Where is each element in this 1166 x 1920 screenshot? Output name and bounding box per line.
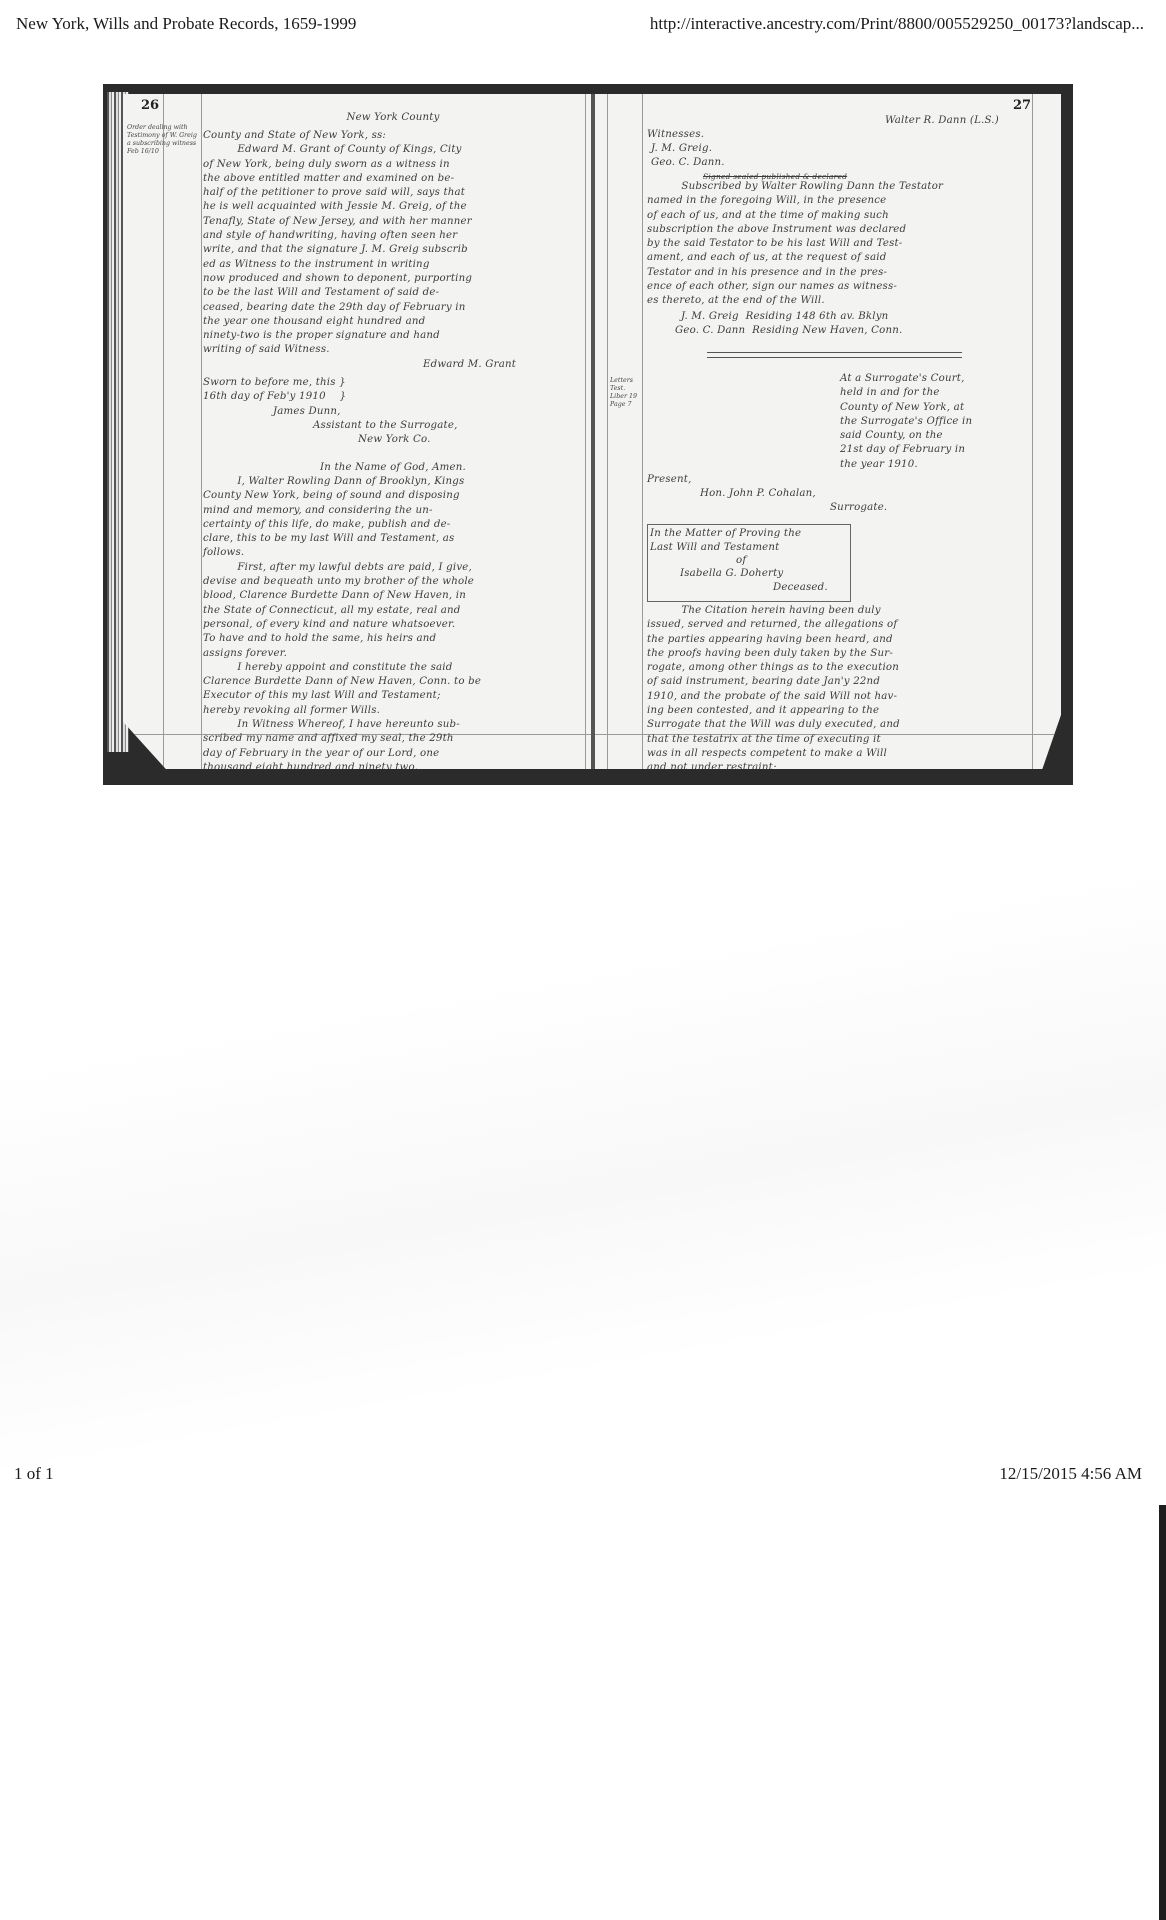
affidavit-text: County and State of New York, ss: Edward… bbox=[203, 129, 588, 358]
present-label: Present, bbox=[647, 473, 692, 487]
court-caption: At a Surrogate's Court, held in and for … bbox=[840, 372, 1030, 472]
page-indicator: 1 of 1 bbox=[14, 1464, 54, 1484]
margin-rule bbox=[201, 94, 202, 769]
official-title: Assistant to the Surrogate, bbox=[313, 419, 458, 433]
print-footer: 1 of 1 12/15/2015 4:56 AM bbox=[0, 1464, 1166, 1488]
official-name: James Dunn, bbox=[273, 405, 341, 419]
witnesses-label: Witnesses. bbox=[647, 128, 704, 142]
witness-1: J. M. Greig. bbox=[651, 142, 712, 156]
margin-rule bbox=[1032, 94, 1033, 769]
page-number: 26 bbox=[141, 98, 159, 113]
matter-line-2: Last Will and Testament bbox=[650, 541, 779, 555]
print-header: New York, Wills and Probate Records, 165… bbox=[0, 14, 1166, 38]
decedent-status: Deceased. bbox=[773, 581, 828, 595]
margin-rule bbox=[642, 94, 643, 769]
jurat: Sworn to before me, this } 16th day of F… bbox=[203, 376, 346, 405]
attestation-clause: Subscribed by Walter Rowling Dann the Te… bbox=[647, 180, 1032, 309]
page-number: 27 bbox=[1013, 98, 1031, 113]
ledger-page-right: 27 Walter R. Dann (L.S.) Witnesses. J. M… bbox=[595, 94, 1061, 769]
will-text: I, Walter Rowling Dann of Brooklyn, King… bbox=[203, 475, 588, 769]
scan-background-texture bbox=[0, 800, 1166, 1500]
witness-residence-1: J. M. Greig Residing 148 6th av. Bklyn bbox=[681, 310, 888, 324]
section-divider bbox=[707, 352, 962, 358]
scanner-edge-shadow bbox=[1159, 1505, 1166, 1920]
margin-note: Letters Test. Liber 19 Page 7 bbox=[610, 377, 642, 409]
matter-line-1: In the Matter of Proving the bbox=[650, 527, 801, 541]
witness-2: Geo. C. Dann. bbox=[651, 156, 725, 170]
ledger-scan-image: 26 Order dealing with Testimony of W. Gr… bbox=[103, 84, 1073, 785]
judge-name: Hon. John P. Cohalan, bbox=[700, 487, 816, 501]
margin-note: Order dealing with Testimony of W. Greig… bbox=[127, 124, 201, 156]
testator-signature: Walter R. Dann (L.S.) bbox=[885, 114, 999, 128]
margin-rule bbox=[163, 94, 164, 769]
margin-rule bbox=[607, 94, 608, 769]
judge-title: Surrogate. bbox=[830, 501, 887, 515]
county-heading: New York County bbox=[203, 111, 583, 125]
print-timestamp: 12/15/2015 4:56 AM bbox=[999, 1464, 1142, 1484]
matter-caption-box: In the Matter of Proving the Last Will a… bbox=[647, 524, 851, 602]
official-county: New York Co. bbox=[358, 433, 431, 447]
witness-residence-2: Geo. C. Dann Residing New Haven, Conn. bbox=[675, 324, 902, 338]
affiant-signature: Edward M. Grant bbox=[423, 358, 516, 372]
will-heading: In the Name of God, Amen. bbox=[203, 461, 583, 475]
ledger-page-left: 26 Order dealing with Testimony of W. Gr… bbox=[123, 94, 598, 769]
decedent-name: Isabella G. Doherty bbox=[680, 567, 783, 581]
document-title: New York, Wills and Probate Records, 165… bbox=[16, 14, 356, 34]
source-url: http://interactive.ancestry.com/Print/88… bbox=[650, 14, 1144, 34]
probate-decree: The Citation herein having been duly iss… bbox=[647, 604, 1032, 769]
